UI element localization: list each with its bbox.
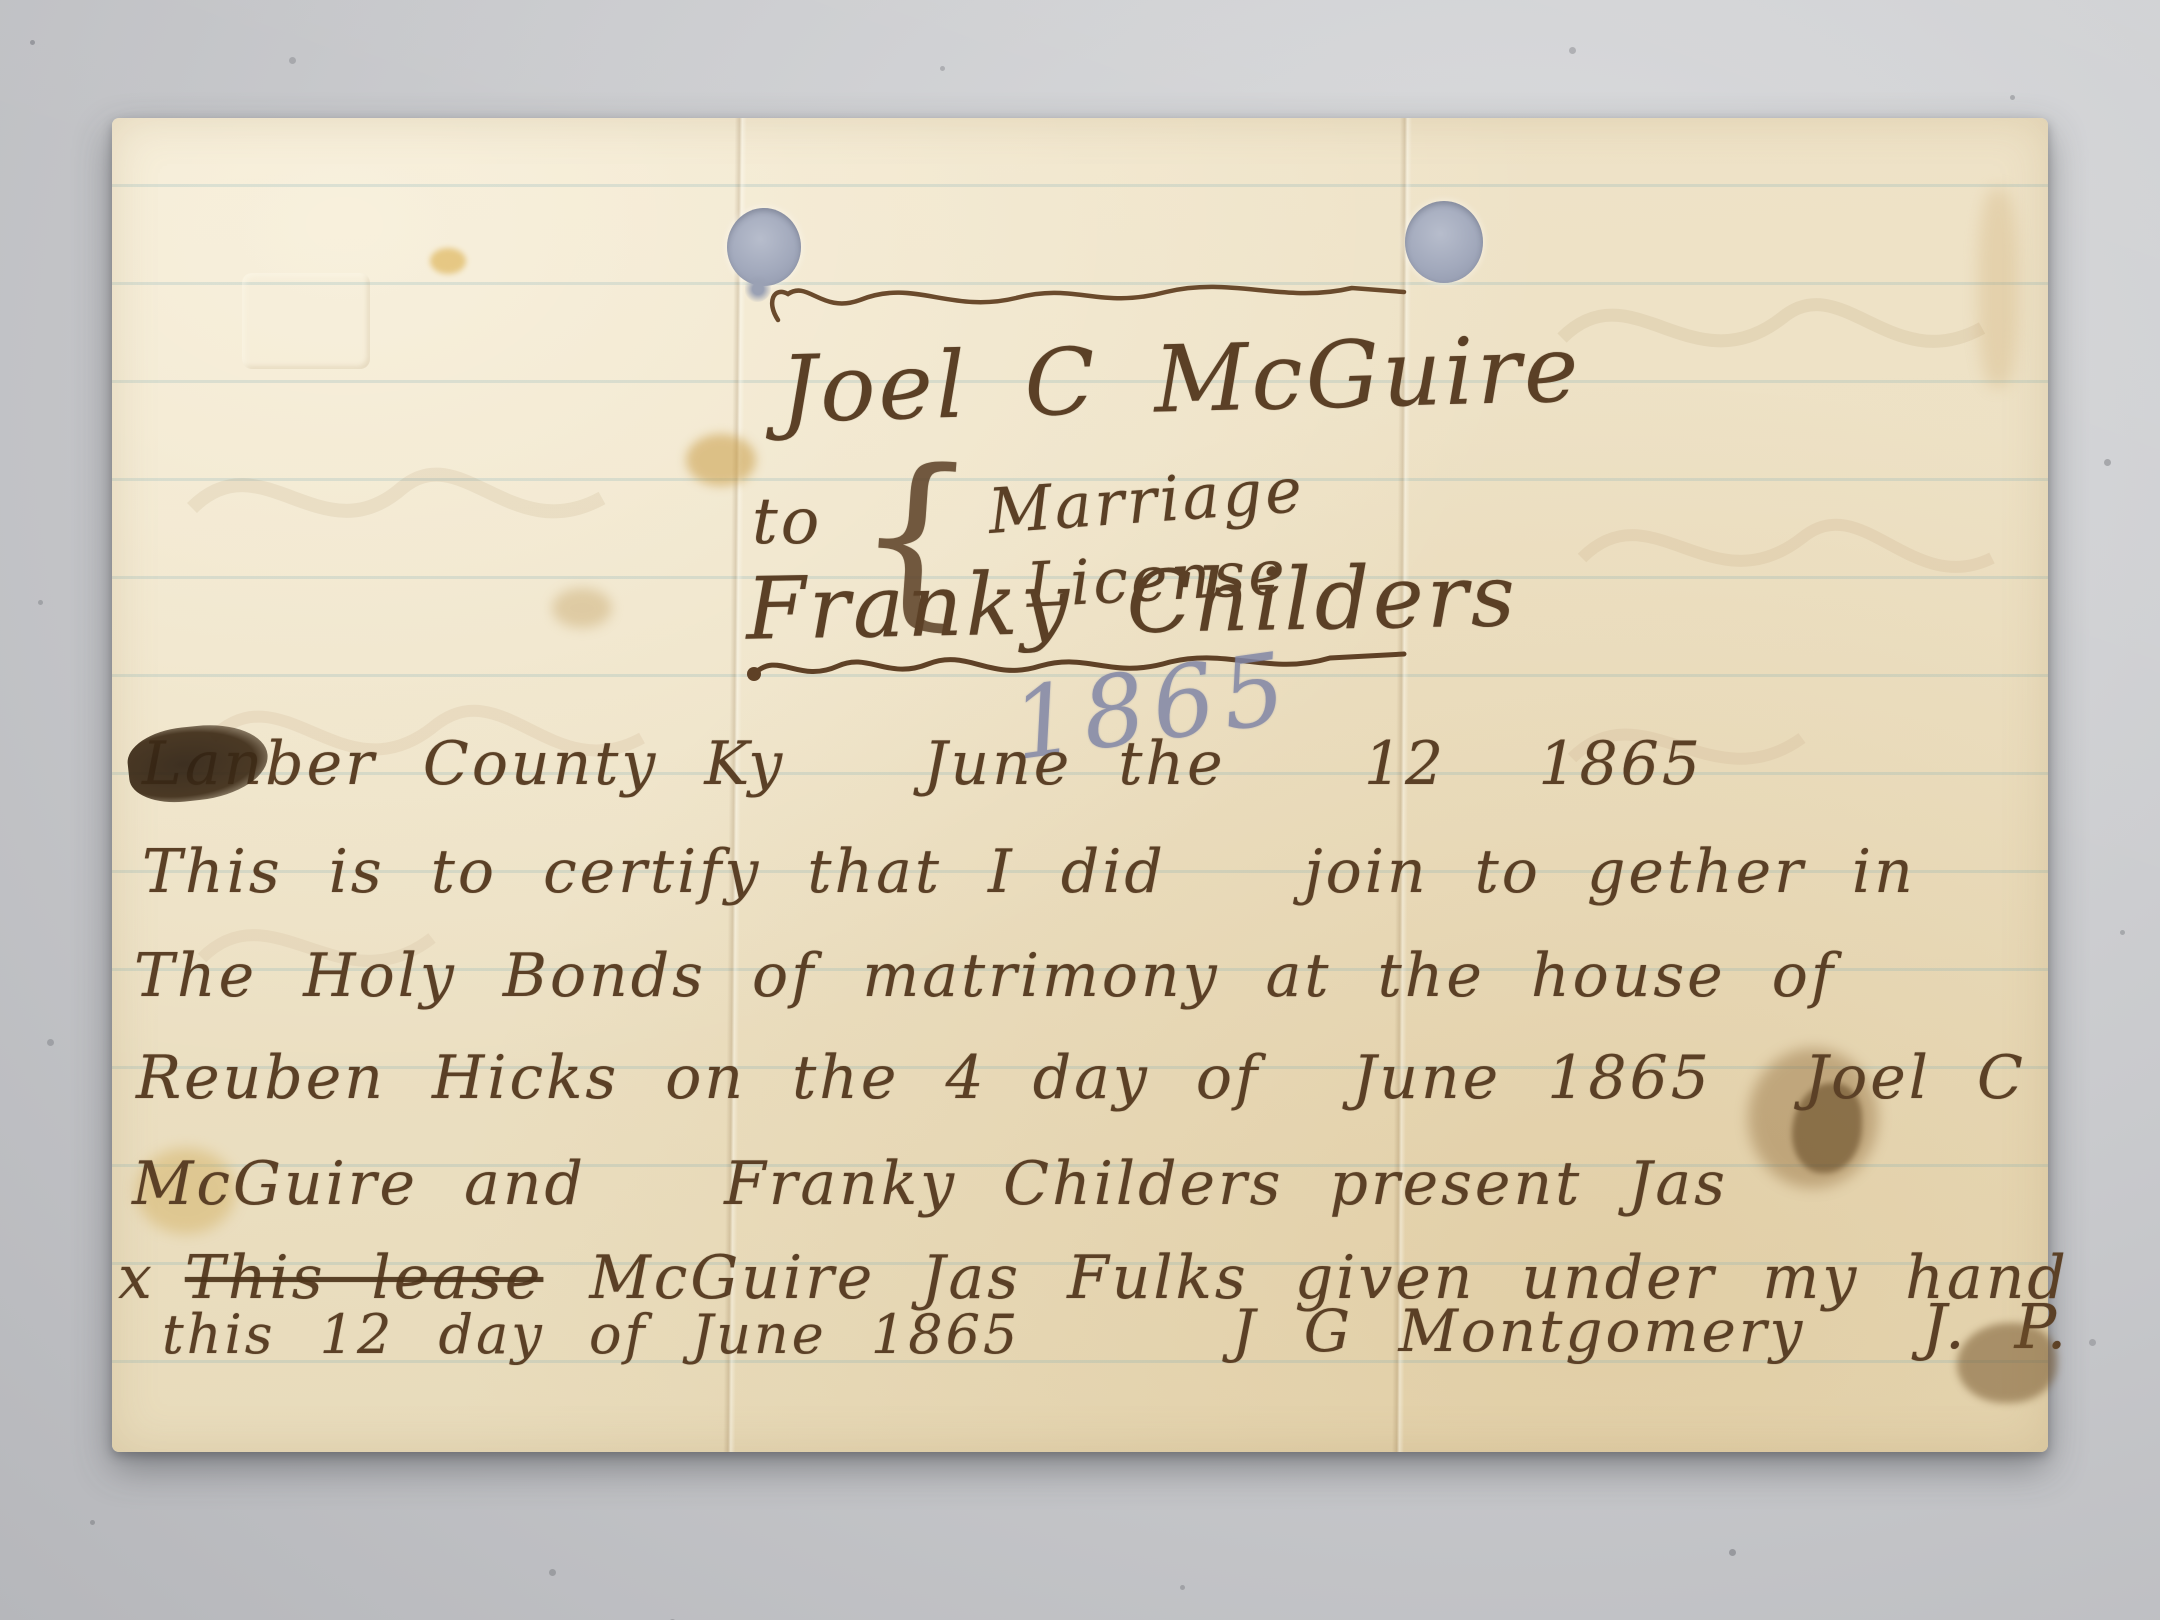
body-line-3: The Holy Bonds of matrimony at the house… xyxy=(134,946,1836,1006)
body-line-4: Reuben Hicks on the 4 day of June 1865 J… xyxy=(136,1048,2026,1108)
surface-speckles xyxy=(30,40,35,45)
docket-groom-name: Joel C McGuire xyxy=(779,324,1582,437)
docket-bride-name: Franky Childers xyxy=(745,553,1518,652)
embossed-seal xyxy=(242,273,370,369)
docket-connector: to xyxy=(752,490,822,554)
officiant-signature: J G Montgomery xyxy=(1232,1302,1805,1360)
stain xyxy=(430,248,466,274)
body-line-2: This is to certify that I did join to ge… xyxy=(142,842,1916,902)
docket-record-type-line1: Marriage xyxy=(986,459,1306,543)
body-line-7-date: this 12 day of June 1865 xyxy=(162,1303,1020,1366)
body-line-7: this 12 day of June 1865J G MontgomeryJ.… xyxy=(162,1308,1020,1362)
body-line-5: McGuire and Franky Childers present Jas xyxy=(132,1154,1728,1214)
punch-hole-right xyxy=(1405,201,1483,283)
body-line-1: Lanber County Ky June the 12 1865 xyxy=(142,734,1703,794)
ink-smudge xyxy=(1957,1323,2057,1403)
ink-flourish-top xyxy=(764,268,1412,330)
stain xyxy=(686,434,756,486)
document-paper: Joel C McGuire to { Marriage License Fra… xyxy=(112,118,2048,1452)
photo-background: Joel C McGuire to { Marriage License Fra… xyxy=(0,0,2160,1620)
margin-mark: x xyxy=(118,1243,155,1313)
